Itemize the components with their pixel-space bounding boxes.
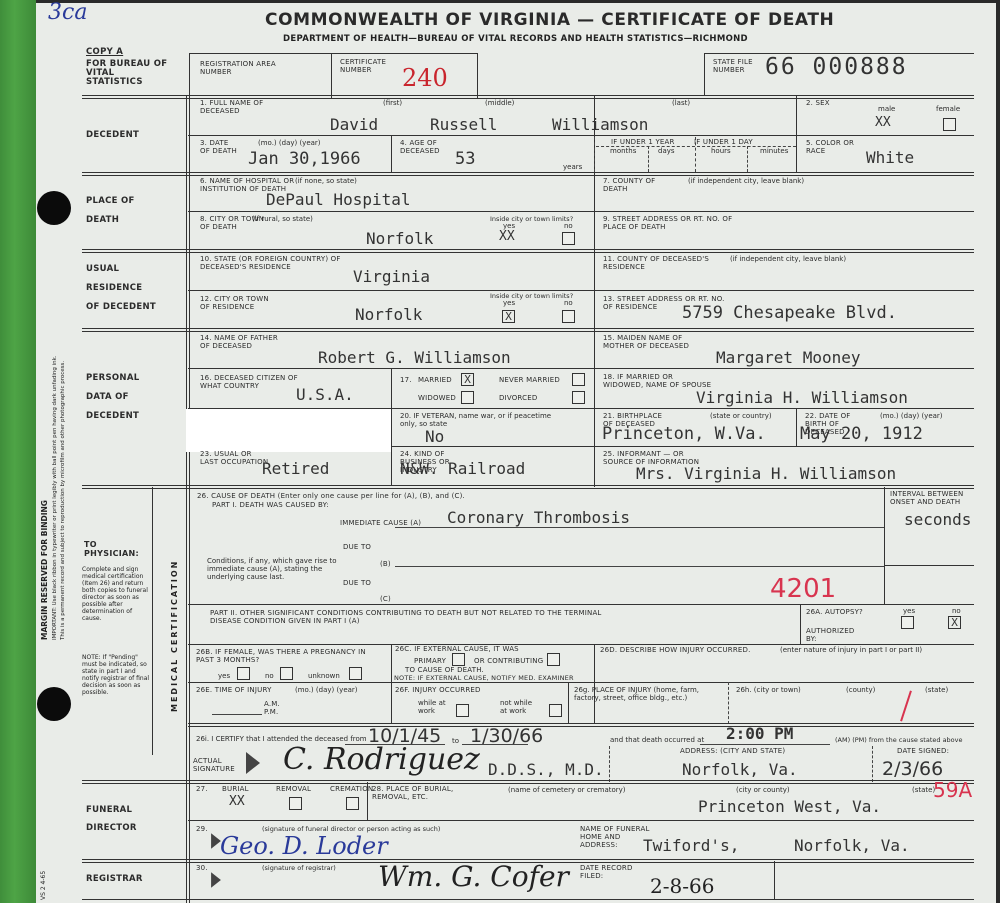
f26f-while-checkbox[interactable]: [456, 704, 469, 717]
f26a-authorized: AUTHORIZED BY:: [806, 627, 856, 643]
f26i-time-value: 2:00 PM: [726, 724, 793, 743]
copy-sub: FOR BUREAU OF VITAL STATISTICS: [86, 60, 171, 87]
f29-home-city: Norfolk, Va.: [794, 836, 910, 855]
signature-arrow-icon: [246, 752, 260, 774]
f26e-hints: (mo.) (day) (year): [295, 686, 358, 694]
f26b-yes-checkbox[interactable]: [237, 667, 250, 680]
f11-label: 11. COUNTY OF DECEASED'S RESIDENCE: [603, 255, 713, 271]
f26-due-to-2: DUE TO: [343, 579, 371, 587]
divider: [568, 682, 569, 724]
f8-no-checkbox[interactable]: [562, 232, 575, 245]
f28-hint-state: (state): [912, 786, 935, 794]
f22-value: May 20, 1912: [800, 424, 923, 444]
physician-note: Complete and sign medical certification …: [82, 566, 150, 622]
f8-yes-mark[interactable]: XX: [499, 229, 515, 244]
f26f-label: 26f. INJURY OCCURRED: [395, 686, 481, 694]
f26i-occurred: and that death occurred at: [610, 736, 704, 744]
divider: [477, 53, 478, 98]
to-physician-label: TO PHYSICIAN:: [84, 540, 144, 558]
f1-last-hint: (last): [672, 99, 690, 107]
section-registrar: REGISTRAR: [86, 874, 143, 884]
divider: [800, 604, 801, 644]
f26-due-to-1: DUE TO: [343, 543, 371, 551]
f26-immediate-label: IMMEDIATE CAUSE (A): [340, 519, 421, 527]
f26b-label: 26b. IF FEMALE, WAS THERE A PREGNANCY IN…: [196, 648, 386, 664]
margin-line-1: IMPORTANT: Use black ribbon in typewrite…: [52, 355, 58, 640]
f26c-note: NOTE: IF EXTERNAL CAUSE, NOTIFY MED. EXA…: [394, 674, 574, 682]
f26a-no: no: [952, 607, 961, 615]
dash-divider: [695, 137, 696, 172]
right-edge: [996, 0, 1000, 903]
f17-married: MARRIED: [418, 376, 452, 384]
f20-label: 20. IF VETERAN, name war, or if peacetim…: [400, 412, 570, 428]
physician-signature: C. Rodriguez: [283, 742, 480, 777]
answer-line: [212, 714, 262, 715]
rule: [188, 368, 974, 369]
punch-hole-top: [37, 191, 71, 225]
f1-first-value: David: [330, 115, 378, 134]
rule: [82, 899, 974, 900]
f26e-am: A.M.: [264, 700, 280, 708]
f26-b: (B): [380, 560, 391, 568]
date-signed-label: DATE SIGNED:: [897, 747, 949, 755]
days-label: days: [658, 147, 675, 155]
dash-divider: [648, 146, 649, 172]
f26g-label: 26g. PLACE OF INJURY (home, farm, factor…: [574, 686, 724, 702]
f6-value: DePaul Hospital: [266, 190, 411, 209]
binding-margin-stripe: [0, 0, 36, 903]
f26e-label: 26e. TIME OF INJURY: [196, 686, 272, 694]
f26c-contributing-checkbox[interactable]: [547, 653, 560, 666]
answer-line: [395, 566, 885, 567]
margin-title: MARGIN RESERVED FOR BINDING: [40, 500, 49, 640]
f26a-label: 26a. AUTOPSY?: [806, 608, 863, 616]
f26-part2: PART II. OTHER SIGNIFICANT CONDITIONS CO…: [210, 609, 610, 625]
hours-label: hours: [711, 147, 731, 155]
address-value: Norfolk, Va.: [682, 760, 798, 779]
f5-label: 5. COLOR OR RACE: [806, 139, 856, 155]
f26i-to-value: 1/30/66: [470, 725, 543, 747]
divider: [796, 135, 797, 173]
f26-code-note: 4201: [770, 574, 836, 604]
f7-label: 7. COUNTY OF DEATH: [603, 177, 673, 193]
f26d-hint: (enter nature of injury in part I or par…: [780, 646, 922, 654]
f12-yes-checkbox[interactable]: X: [502, 310, 515, 323]
f26h-state: (state): [925, 686, 948, 694]
f26b-unknown-checkbox[interactable]: [349, 667, 362, 680]
under-year-label: IF UNDER 1 YEAR: [611, 138, 675, 146]
f15-label: 15. MAIDEN NAME OF MOTHER OF DECEASED: [603, 334, 713, 350]
divider: [796, 95, 797, 135]
f17-label: 17.: [400, 376, 412, 384]
f26-conditions: Conditions, if any, which gave rise to i…: [207, 557, 347, 581]
rule: [82, 780, 974, 784]
box-top-line: [189, 53, 477, 54]
f26a-yes-checkbox[interactable]: [901, 616, 914, 629]
divider: [152, 487, 153, 755]
f2-male-mark[interactable]: XX: [875, 115, 891, 130]
answer-line: [395, 527, 885, 528]
f18-label: 18. IF MARRIED OR WIDOWED, NAME OF SPOUS…: [603, 373, 713, 389]
f14-label: 14. NAME OF FATHER OF DECEASED: [200, 334, 280, 350]
section-personal-3: DECEDENT: [86, 411, 139, 421]
f10-value: Virginia: [353, 267, 430, 286]
dash-divider: [609, 746, 610, 782]
divider: [774, 861, 775, 899]
f12-value: Norfolk: [355, 305, 422, 324]
f23-value: Retired: [262, 459, 329, 478]
rule: [188, 211, 974, 212]
f12-yes: yes: [503, 299, 515, 307]
f26-immediate-value: Coronary Thrombosis: [447, 508, 630, 527]
certificate-title: COMMONWEALTH OF VIRGINIA — CERTIFICATE O…: [265, 10, 834, 30]
f3-value: Jan 30,1966: [248, 149, 361, 169]
divider: [796, 408, 797, 446]
f12-no-checkbox[interactable]: [562, 310, 575, 323]
f17-widowed: WIDOWED: [418, 394, 456, 402]
form-code: VS 2 4-65: [40, 871, 47, 900]
f22-hints: (mo.) (day) (year): [880, 412, 943, 420]
section-residence-1: USUAL: [86, 264, 119, 274]
section-decedent: DECEDENT: [86, 130, 139, 140]
f26d-label: 26d. DESCRIBE HOW INJURY OCCURRED.: [600, 646, 751, 654]
section-place-of-death-2: DEATH: [86, 215, 119, 225]
f4-label: 4. AGE OF DECEASED: [400, 139, 460, 155]
f26e-pm: P.M.: [264, 708, 278, 716]
medical-certification-label: MEDICAL CERTIFICATION: [170, 560, 179, 712]
f26h-county: (county): [846, 686, 875, 694]
signature-arrow-icon: [211, 872, 221, 887]
rule: [188, 820, 974, 821]
rule: [82, 485, 974, 489]
rule: [188, 604, 974, 605]
f17-never-married: NEVER MARRIED: [499, 376, 560, 384]
f13-value: 5759 Chesapeake Blvd.: [682, 303, 897, 323]
f2-female-checkbox[interactable]: [943, 118, 956, 131]
f25-value: Mrs. Virginia H. Williamson: [636, 464, 896, 483]
f28-note: 59A: [933, 778, 972, 802]
f26b-no-checkbox[interactable]: [280, 667, 293, 680]
f26i-ampm: (AM) (PM) from the cause stated above: [835, 736, 963, 744]
f23-label: 23. USUAL OR LAST OCCUPATION: [200, 450, 270, 466]
f17-widowed-checkbox[interactable]: [461, 391, 474, 404]
dash-divider: [747, 146, 748, 172]
f17-divorced: DIVORCED: [499, 394, 537, 402]
f17-divorced-checkbox[interactable]: [572, 391, 585, 404]
f28-label: 28. PLACE OF BURIAL, REMOVAL, ETC.: [372, 785, 472, 801]
f26f-not-while-checkbox[interactable]: [549, 704, 562, 717]
rule: [188, 723, 974, 727]
f27-cremation-checkbox[interactable]: [346, 797, 359, 810]
f1-first-hint: (first): [383, 99, 402, 107]
f16-value: U.S.A.: [296, 385, 354, 404]
state-file-number: 66 000888: [765, 54, 908, 80]
copy-label: COPY A: [86, 47, 123, 57]
f12-no: no: [564, 299, 573, 307]
margin-line-2: This is a permanent record and subject t…: [60, 361, 66, 640]
f17-never-married-checkbox[interactable]: [572, 373, 585, 386]
rule: [188, 682, 974, 683]
rule: [188, 135, 974, 136]
divider: [704, 53, 705, 95]
registration-label: REGISTRATION AREA NUMBER: [200, 60, 280, 76]
f26-interval-value: seconds: [904, 510, 971, 529]
minutes-label: minutes: [760, 147, 788, 155]
f26-c: (C): [380, 595, 391, 603]
corner-note: 3ca: [48, 0, 87, 25]
section-place-of-death-1: PLACE OF: [86, 196, 135, 206]
f3-hints: (mo.) (day) (year): [258, 139, 321, 147]
dash-divider: [728, 682, 729, 724]
f1-label: 1. FULL NAME OF DECEASED: [200, 99, 270, 115]
f16-label: 16. DECEASED CITIZEN OF WHAT COUNTRY: [200, 374, 300, 390]
f26b-yes: yes: [218, 672, 230, 680]
f27-burial: BURIAL: [222, 785, 249, 793]
pink-pencil-mark: [900, 690, 912, 721]
f30-filed-label: DATE RECORD FILED:: [580, 864, 640, 880]
divider: [331, 53, 332, 98]
f26f-not-while: not while at work: [500, 699, 540, 715]
f26b-unknown: unknown: [308, 672, 340, 680]
f21-value: Princeton, W.Va.: [602, 424, 766, 444]
f26h-city: 26h. (city or town): [736, 686, 801, 694]
under-day-label: IF UNDER 1 DAY: [694, 138, 753, 146]
f21-hint: (state or country): [710, 412, 772, 420]
section-funeral-1: FUNERAL: [86, 805, 132, 815]
divider: [391, 368, 392, 486]
f27-removal: REMOVAL: [276, 785, 311, 793]
f5-value: White: [866, 148, 914, 167]
f2-female: female: [936, 105, 960, 113]
f26c-primary: PRIMARY: [414, 657, 446, 665]
f26a-no-checkbox[interactable]: X: [948, 616, 961, 629]
f26c-contributing: or CONTRIBUTING: [474, 657, 543, 665]
top-edge: [0, 0, 1000, 3]
dash-divider: [594, 137, 595, 172]
divider: [391, 135, 392, 173]
section-personal-1: PERSONAL: [86, 373, 139, 383]
f26-interval-label: INTERVAL BETWEEN ONSET AND DEATH: [890, 490, 970, 506]
certificate-subtitle: DEPARTMENT OF HEALTH—BUREAU OF VITAL REC…: [283, 34, 748, 44]
address-label: ADDRESS: (CITY AND STATE): [680, 747, 785, 755]
months-label: months: [610, 147, 636, 155]
redacted-area: [186, 409, 391, 452]
f28-value: Princeton West, Va.: [698, 797, 881, 816]
section-personal-2: DATA OF: [86, 392, 129, 402]
f29-home-value: Twiford's,: [643, 836, 739, 855]
f2-label: 2. SEX: [806, 99, 830, 107]
divider: [189, 53, 190, 98]
section-residence-3: OF DECEDENT: [86, 302, 156, 312]
f1-middle-hint: (middle): [485, 99, 514, 107]
f20-value: No: [425, 427, 444, 446]
rule: [884, 565, 974, 566]
registrar-signature: Wm. G. Cofer: [378, 860, 569, 893]
f8-value: Norfolk: [366, 229, 433, 248]
dash-divider: [872, 746, 873, 782]
f28-hint-city: (city or county): [736, 786, 790, 794]
certificate-number-label: CERTIFICATE NUMBER: [340, 58, 400, 74]
f30-hint: (signature of registrar): [262, 864, 336, 872]
f26f-while: while at work: [418, 699, 453, 715]
divider: [594, 644, 595, 724]
state-file-label: STATE FILE NUMBER: [713, 58, 758, 74]
f26c-primary-checkbox[interactable]: [452, 653, 465, 666]
f18-value: Virginia H. Williamson: [696, 388, 908, 407]
section-residence-2: RESIDENCE: [86, 283, 142, 293]
f26c-label: 26c. IF EXTERNAL CAUSE, IT WAS: [395, 645, 519, 653]
answer-line: [700, 744, 830, 745]
f9-label: 9. STREET ADDRESS OR RT. NO. OF PLACE OF…: [603, 215, 753, 231]
f28-hint-cemetery: (name of cemetery or crematory): [508, 786, 626, 794]
f14-value: Robert G. Williamson: [318, 348, 511, 367]
f27-removal-checkbox[interactable]: [289, 797, 302, 810]
divider: [367, 782, 368, 820]
rule: [188, 644, 974, 645]
physician-credentials: D.D.S., M.D.: [488, 760, 604, 779]
punch-hole-bottom: [37, 687, 71, 721]
f29-label: 29.: [196, 825, 208, 833]
f4-unit: years: [563, 163, 582, 171]
rule: [82, 172, 974, 176]
signature-label: ACTUAL SIGNATURE: [193, 757, 243, 773]
f8-no: no: [564, 222, 573, 230]
f8-hint: (if rural, so state): [252, 215, 313, 223]
f4-value: 53: [455, 149, 475, 169]
f6-hint: (if none, so state): [295, 177, 357, 185]
section-divider: [186, 487, 190, 903]
f24-value: N&W. Railroad: [400, 459, 525, 478]
f10-label: 10. STATE (OR FOREIGN COUNTRY) OF DECEAS…: [200, 255, 360, 271]
f1-last-value: Williamson: [552, 115, 648, 134]
f1-middle-value: Russell: [430, 115, 497, 134]
f15-value: Margaret Mooney: [716, 348, 861, 367]
f7-hint: (if independent city, leave blank): [688, 177, 804, 185]
divider: [884, 487, 885, 605]
f17-married-checkbox[interactable]: X: [461, 373, 474, 386]
f26a-yes: yes: [903, 607, 915, 615]
f30-label: 30.: [196, 864, 208, 872]
rule: [188, 290, 974, 291]
f26c-to-cause: TO CAUSE OF DEATH.: [405, 666, 484, 674]
pending-note: NOTE: If "Pending" must be indicated, so…: [82, 654, 152, 696]
rule: [82, 249, 974, 253]
f3-label: 3. DATE OF DEATH: [200, 139, 240, 155]
f11-hint: (if independent city, leave blank): [730, 255, 846, 263]
funeral-director-signature: Geo. D. Loder: [220, 832, 388, 860]
date-signed-value: 2/3/66: [882, 758, 943, 780]
divider: [391, 644, 392, 724]
f26-part1: PART I. DEATH WAS CAUSED BY:: [212, 501, 329, 509]
f29-home-label: NAME OF FUNERAL HOME AND ADDRESS:: [580, 825, 650, 849]
f30-filed-value: 2-8-66: [650, 874, 714, 898]
f2-male: male: [878, 105, 895, 113]
f27-label: 27.: [196, 785, 208, 793]
f12-label: 12. CITY OR TOWN OF RESIDENCE: [200, 295, 275, 311]
section-funeral-2: DIRECTOR: [86, 823, 137, 833]
rule: [82, 328, 974, 332]
f27-burial-mark[interactable]: XX: [229, 794, 245, 809]
f26b-no: no: [265, 672, 274, 680]
certificate-number: 240: [402, 64, 448, 92]
f26-label: 26. CAUSE OF DEATH (Enter only one cause…: [197, 492, 465, 500]
